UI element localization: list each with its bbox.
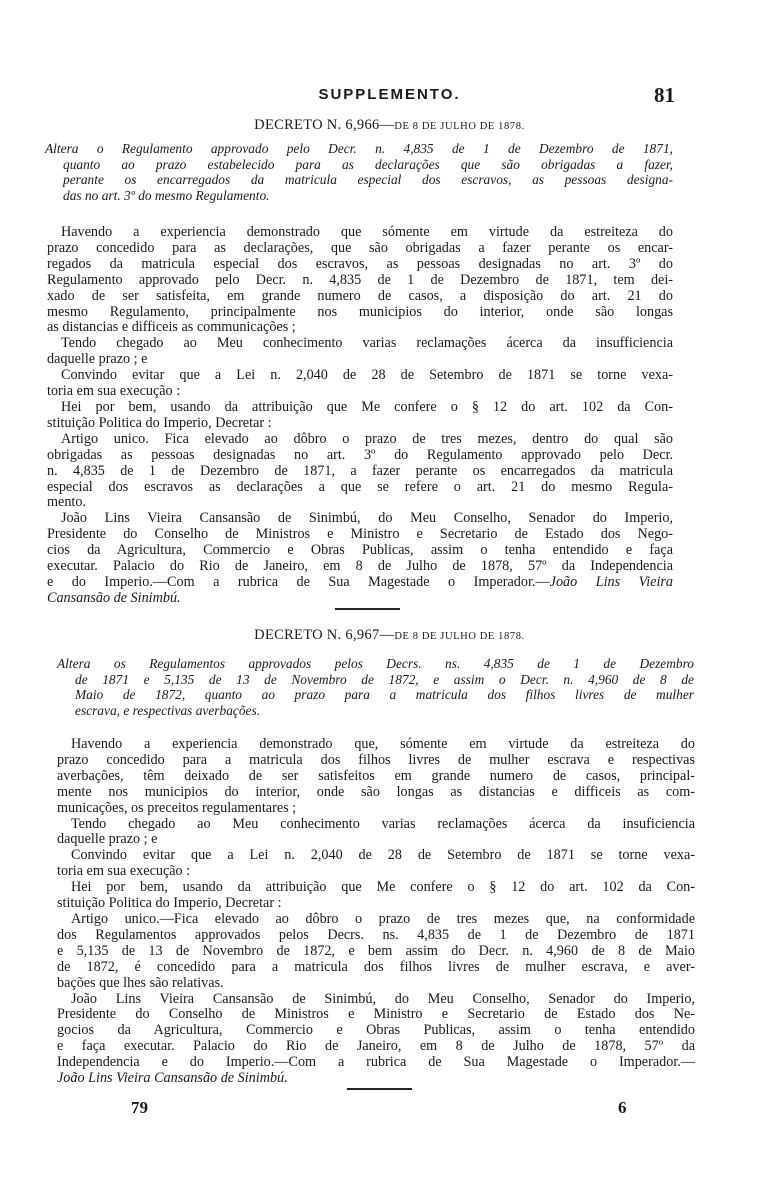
- separator-rule: [335, 608, 400, 610]
- body-line: especial dos escravos as declarações a q…: [47, 480, 673, 496]
- body-line: Havendo a experiencia demonstrado que, s…: [57, 737, 695, 753]
- body-line: mente nos municipios do interior, onde s…: [57, 785, 695, 801]
- summary-line: das no art. 3º do mesmo Regulamento.: [45, 188, 673, 204]
- summary-line: escrava, e respectivas averbações.: [57, 703, 694, 719]
- body-line: Presidente do Conselho de Ministros e Mi…: [47, 527, 673, 543]
- body-line: toria em sua execução :: [47, 384, 673, 400]
- summary-line: Altera o Regulamento approvado pelo Decr…: [45, 141, 673, 157]
- body-line: averbações, têm deixado de ser satisfeit…: [57, 769, 695, 785]
- body-line: stituição Politica do Imperio, Decretar …: [47, 416, 673, 432]
- body-line: municações, os preceitos regulamentares …: [57, 801, 695, 817]
- footer-signature-right: 6: [618, 1098, 627, 1118]
- body-line: Tendo chegado ao Meu conhecimento varias…: [47, 336, 673, 352]
- body-line: obrigadas as pessoas designadas no art. …: [47, 448, 673, 464]
- body-line: prazo concedido para as declarações, que…: [47, 241, 673, 257]
- body-line: Hei por bem, usando da attribuição que M…: [47, 400, 673, 416]
- body-line: prazo concedido para a matricula dos fil…: [57, 753, 695, 769]
- document-page: SUPPLEMENTO. 81 DECRETO N. 6,966—DE 8 DE…: [0, 0, 779, 1182]
- summary-line: de 1871 e 5,135 de 13 de Novembro de 187…: [57, 672, 694, 688]
- decree-2-body: Havendo a experiencia demonstrado que, s…: [57, 737, 695, 1087]
- body-line: Artigo unico. Fica elevado ao dôbro o pr…: [47, 432, 673, 448]
- body-line: Convindo evitar que a Lei n. 2,040 de 28…: [57, 848, 695, 864]
- body-line: regados da matricula especial dos escrav…: [47, 257, 673, 273]
- body-line: e do Imperio.—Com a rubrica de Sua Mages…: [47, 575, 673, 591]
- signature-inline: João Lins Vieira: [550, 574, 673, 590]
- body-line: Hei por bem, usando da attribuição que M…: [57, 880, 695, 896]
- body-line: cios da Agricultura, Commercio e Obras P…: [47, 543, 673, 559]
- body-line: de 1872, é concedido para a matricula do…: [57, 960, 695, 976]
- decree-2-number: DECRETO N. 6,967: [254, 627, 379, 643]
- decree-2-summary: Altera os Regulamentos approvados pelos …: [57, 656, 694, 718]
- summary-line: quanto ao prazo estabelecido para as dec…: [45, 157, 673, 173]
- body-line: Convindo evitar que a Lei n. 2,040 de 28…: [47, 368, 673, 384]
- body-line: bações que lhes são relativas.: [57, 976, 695, 992]
- signature-line: João Lins Vieira Cansansão de Sinimbú.: [57, 1071, 695, 1087]
- body-line: mento.: [47, 495, 673, 511]
- running-head: SUPPLEMENTO. 81: [0, 86, 779, 110]
- body-line: n. 4,835 de 1 de Dezembro de 1871, a faz…: [47, 464, 673, 480]
- body-line: Independencia e do Imperio.—Com a rubric…: [57, 1055, 695, 1071]
- body-line: stituição Politica do Imperio, Decretar …: [57, 896, 695, 912]
- body-line: daquelle prazo ; e: [47, 352, 673, 368]
- decree-2-date: DE 8 DE JULHO DE 1878.: [394, 631, 524, 642]
- body-line: daquelle prazo ; e: [57, 832, 695, 848]
- summary-line: Altera os Regulamentos approvados pelos …: [57, 656, 694, 672]
- summary-line: Maio de 1872, quanto ao prazo para a mat…: [57, 687, 694, 703]
- decree-1-body: Havendo a experiencia demonstrado que só…: [47, 225, 673, 607]
- body-line: mesmo Regulamento, principalmente nos mu…: [47, 305, 673, 321]
- body-line: executar. Palacio do Rio de Janeiro, em …: [47, 559, 673, 575]
- body-line: João Lins Vieira Cansansão de Sinimbú, d…: [47, 511, 673, 527]
- closing-rule: [347, 1088, 412, 1090]
- body-line: xado de ser satisfeita, em grande numero…: [47, 289, 673, 305]
- decree-1-summary: Altera o Regulamento approvado pelo Decr…: [45, 141, 673, 203]
- decree-1-number: DECRETO N. 6,966: [254, 117, 379, 133]
- body-line: e 5,135 de 13 de Novembro de 1872, e bem…: [57, 944, 695, 960]
- body-line: João Lins Vieira Cansansão de Sinimbú, d…: [57, 992, 695, 1008]
- body-line: as distancias e difficeis as communicaçõ…: [47, 320, 673, 336]
- signature-line: Cansansão de Sinimbú.: [47, 591, 673, 607]
- body-line: Havendo a experiencia demonstrado que só…: [47, 225, 673, 241]
- decree-1-heading: DECRETO N. 6,966—DE 8 DE JULHO DE 1878.: [0, 117, 779, 134]
- footer-signature-left: 79: [131, 1098, 148, 1118]
- summary-line: perante os encarregados da matricula esp…: [45, 172, 673, 188]
- body-line: toria em sua execução :: [57, 864, 695, 880]
- page-number: 81: [654, 83, 675, 108]
- body-line: gocios da Agricultura, Commercio e Obras…: [57, 1023, 695, 1039]
- body-line: Regulamento approvado pelo Decr. n. 4,83…: [47, 273, 673, 289]
- decree-2-heading: DECRETO N. 6,967—DE 8 DE JULHO DE 1878.: [0, 627, 779, 644]
- body-line: dos Regulamentos approvados pelos Decrs.…: [57, 928, 695, 944]
- body-line: Artigo unico.—Fica elevado ao dôbro o pr…: [57, 912, 695, 928]
- body-line: Tendo chegado ao Meu conhecimento varias…: [57, 817, 695, 833]
- body-line: Presidente do Conselho de Ministros e Mi…: [57, 1007, 695, 1023]
- body-line: e faça executar. Palacio do Rio de Janei…: [57, 1039, 695, 1055]
- decree-1-date: DE 8 DE JULHO DE 1878.: [394, 121, 524, 132]
